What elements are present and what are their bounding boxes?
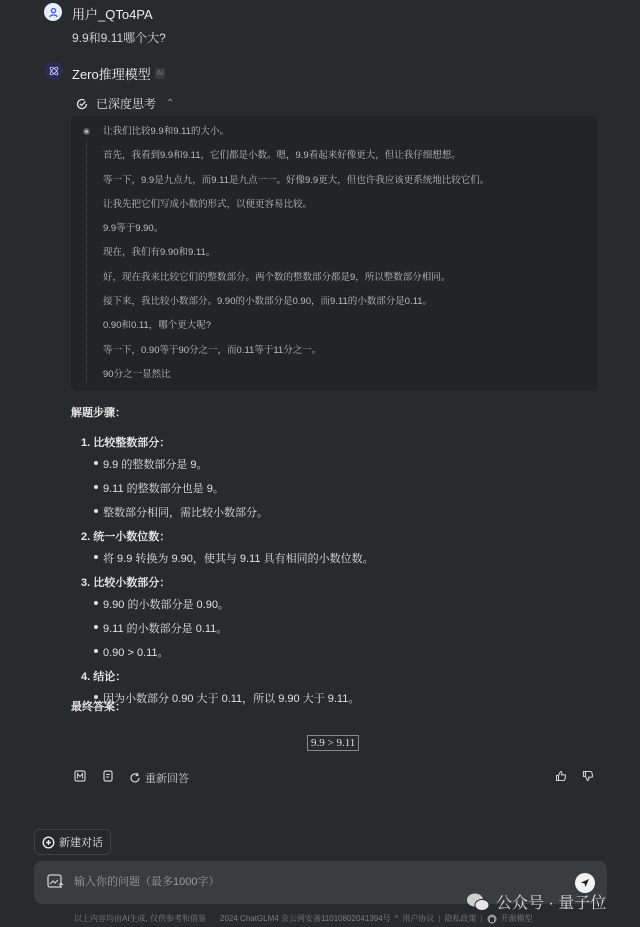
new-chat-button[interactable]: 新建对话 bbox=[34, 829, 111, 855]
thumbs-down-icon bbox=[582, 770, 594, 782]
thinking-line: 让我先把它们写成小数的形式，以便更容易比较。 bbox=[103, 198, 489, 222]
refresh-icon bbox=[129, 772, 141, 784]
bot-name: Zero推理模型 AI bbox=[72, 64, 165, 83]
watermark: 公众号 · 量子位 bbox=[466, 890, 606, 913]
thinking-line: 90分之一显然比 bbox=[103, 368, 489, 392]
new-chat-label: 新建对话 bbox=[59, 834, 103, 850]
thinking-dot-icon bbox=[83, 128, 90, 135]
thinking-line: 等一下，9.9是九点九，而9.11是九点一一。好像9.9更大，但也许我应该更系统… bbox=[103, 174, 489, 198]
user-agreement-link[interactable]: 用户协议 bbox=[402, 913, 434, 924]
thinking-line: 首先，我看到9.9和9.11，它们都是小数。嗯，9.9看起来好像更大，但让我仔细… bbox=[103, 149, 489, 173]
step-bullet: 整数部分相同，需比较小数部分。 bbox=[81, 504, 374, 528]
thinking-timeline bbox=[86, 140, 87, 383]
wechat-icon bbox=[466, 892, 490, 912]
thinking-header-label: 已深度思考 bbox=[96, 95, 156, 112]
step-title: 3. 比较小数部分： bbox=[81, 574, 374, 596]
thinking-line: 现在，我们有9.90和9.11。 bbox=[103, 246, 489, 270]
privacy-link[interactable]: 隐私政策 bbox=[444, 913, 476, 924]
check-circle-icon bbox=[76, 98, 88, 110]
final-answer-box: 9.9 > 9.11 bbox=[307, 735, 359, 751]
bot-name-label: Zero推理模型 bbox=[72, 64, 151, 83]
user-message: 9.9和9.11哪个大? bbox=[72, 29, 166, 46]
regenerate-label: 重新回答 bbox=[145, 770, 189, 786]
thinking-content: 让我们比较9.9和9.11的大小。 首先，我看到9.9和9.11，它们都是小数。… bbox=[103, 125, 489, 392]
step-title: 1. 比较整数部分： bbox=[81, 434, 374, 456]
chevron-up-icon: ⌃ bbox=[166, 98, 174, 109]
step-title: 2. 统一小数位数： bbox=[81, 528, 374, 550]
copyright-text[interactable]: 2024 ChatGLM4 京公网安备11010802041394号 bbox=[220, 913, 391, 924]
step-bullet: 0.90 > 0.11。 bbox=[81, 644, 374, 668]
step-bullet: 9.11 的小数部分是 0.11。 bbox=[81, 620, 374, 644]
like-button[interactable] bbox=[555, 770, 567, 782]
answer-heading: 解题步骤： bbox=[71, 404, 126, 420]
dislike-button[interactable] bbox=[582, 770, 594, 782]
question-input[interactable] bbox=[74, 873, 554, 891]
thinking-line: 0.90和0.11，哪个更大呢? bbox=[103, 319, 489, 343]
thinking-line: 好，现在我来比较它们的整数部分。两个数的整数部分都是9，所以整数部分相同。 bbox=[103, 271, 489, 295]
copy-button[interactable] bbox=[102, 770, 114, 782]
step-title: 4. 结论： bbox=[81, 668, 374, 690]
ai-badge: AI bbox=[155, 68, 166, 79]
send-icon bbox=[580, 878, 590, 888]
user-icon bbox=[48, 7, 59, 18]
open-source-link[interactable]: 开源模型 bbox=[501, 913, 533, 924]
step-bullet: 9.90 的小数部分是 0.90。 bbox=[81, 596, 374, 620]
github-icon bbox=[487, 914, 497, 924]
step-bullet: 9.9 的整数部分是 9。 bbox=[81, 456, 374, 480]
final-answer-label: 最终答案： bbox=[71, 698, 126, 714]
step-bullet: 将 9.9 转换为 9.90，使其与 9.11 具有相同的小数位数。 bbox=[81, 550, 374, 574]
thinking-toggle[interactable]: 已深度思考 ⌃ bbox=[76, 95, 174, 112]
thinking-line: 9.9等于9.90。 bbox=[103, 222, 489, 246]
caret-up-icon: ^ bbox=[395, 914, 399, 923]
bot-avatar bbox=[45, 62, 63, 80]
disclaimer-text: 以上内容均由AI生成, 仅供参考和借鉴 bbox=[74, 913, 206, 924]
watermark-text: 公众号 · 量子位 bbox=[496, 890, 606, 913]
image-upload-icon[interactable] bbox=[47, 874, 64, 889]
user-name: 用户_QTo4PA bbox=[72, 4, 153, 23]
copy-icon bbox=[102, 770, 114, 782]
answer-content: 解题步骤： 1. 比较整数部分： 9.9 的整数部分是 9。 9.11 的整数部… bbox=[71, 404, 126, 420]
user-avatar bbox=[44, 3, 62, 21]
thinking-line: 接下来，我比较小数部分。9.90的小数部分是0.90，而9.11的小数部分是0.… bbox=[103, 295, 489, 319]
footer: 以上内容均由AI生成, 仅供参考和借鉴 2024 ChatGLM4 京公网安备1… bbox=[74, 913, 533, 924]
step-bullet: 9.11 的整数部分也是 9。 bbox=[81, 480, 374, 504]
solution-steps: 1. 比较整数部分： 9.9 的整数部分是 9。 9.11 的整数部分也是 9。… bbox=[81, 434, 374, 714]
thumbs-up-icon bbox=[555, 770, 567, 782]
plus-circle-icon bbox=[42, 836, 55, 849]
atom-icon bbox=[48, 65, 60, 77]
divider: | bbox=[438, 914, 440, 923]
thinking-line: 等一下，0.90等于90分之一，而0.11等于11分之一。 bbox=[103, 344, 489, 368]
divider: | bbox=[480, 914, 482, 923]
markdown-icon bbox=[74, 770, 86, 782]
thinking-line: 让我们比较9.9和9.11的大小。 bbox=[103, 125, 489, 149]
regenerate-button[interactable]: 重新回答 bbox=[129, 770, 189, 786]
markdown-button[interactable] bbox=[74, 770, 86, 782]
